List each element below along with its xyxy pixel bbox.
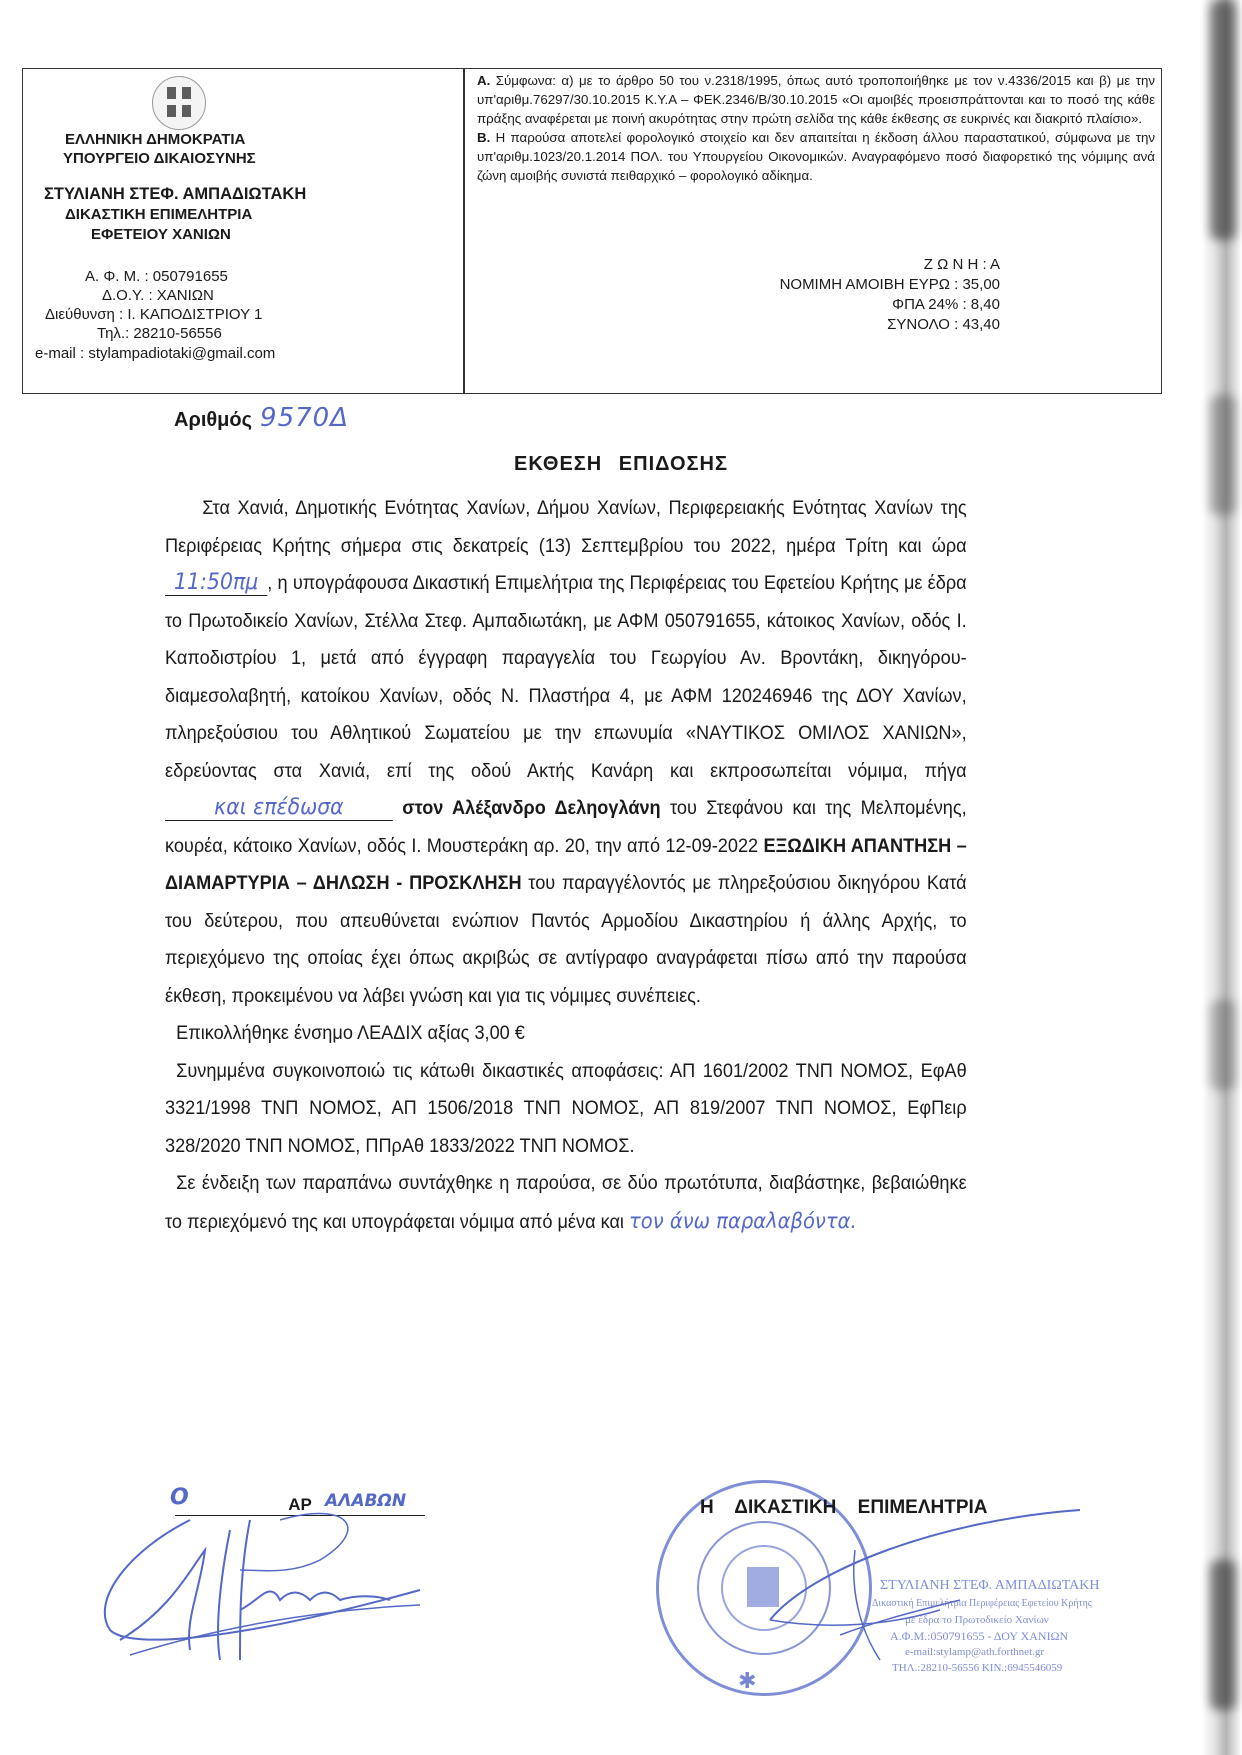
officer-afm: Α. Φ. Μ. : 050791655 [85, 268, 228, 285]
recipient-signature [90, 1490, 430, 1690]
document-number: Αριθμός9570Δ [174, 403, 349, 433]
stamp-line: ΤΗΛ.:28210-56556 ΚΙΝ.:6945546059 [892, 1660, 1062, 1676]
header-divider [463, 68, 465, 394]
fee-vat: ΦΠΑ 24% : 8,40 [700, 295, 1000, 315]
notice-b: Β. Η παρούσα αποτελεί φορολογικό στοιχεί… [477, 128, 1155, 185]
notice-a: Α. Σύμφωνα: α) με το άρθρο 50 του ν.2318… [477, 71, 1155, 128]
officer-signature-label: Η ΔΙΚΑΣΤΙΚΗ ΕΠΙΜΕΛΗΤΡΙΑ [700, 1497, 988, 1519]
officer-doy: Δ.Ο.Υ. : ΧΑΝΙΩΝ [102, 287, 214, 304]
scan-artifact [1210, 1000, 1236, 1090]
greek-coat-of-arms-icon [152, 76, 206, 130]
fee-summary: Ζ Ω Ν Η : Α ΝΟΜΙΜΗ ΑΜΟΙΒΗ ΕΥΡΩ : 35,00 Φ… [700, 255, 1000, 335]
action-field: και επέδωσα [165, 796, 393, 821]
officer-email[interactable]: e-mail : stylampadiotaki@gmail.com [35, 345, 275, 362]
paragraph-stamp-duty: Επικολλήθηκε ένσημο ΛΕΑΔΙΧ αξίας 3,00 € [165, 1015, 967, 1053]
paragraph-main: Στα Χανιά, Δημοτικής Ενότητας Χανίων, Δή… [165, 490, 967, 1015]
country-name: ΕΛΛΗΝΙΚΗ ΔΗΜΟΚΡΑΤΙΑ [65, 131, 245, 148]
fee-total: ΣΥΝΟΛΟ : 43,40 [700, 315, 1000, 335]
stamp-line: e-mail:stylamp@ath.forthnet.gr [905, 1644, 1044, 1660]
stamp-line: Α.Φ.Μ.:050791655 - ΔΟΥ ΧΑΝΙΩΝ [890, 1628, 1068, 1644]
star-icon: ✱ [738, 1668, 756, 1694]
recipient-signature-block: Ο ΑΡ ΑΛΑΒΩΝ [175, 1495, 425, 1516]
legal-notice: Α. Σύμφωνα: α) με το άρθρο 50 του ν.2318… [477, 71, 1155, 185]
scan-edge-shadow [1202, 0, 1242, 1755]
officer-address: Διεύθυνση : Ι. ΚΑΠΟΔΙΣΤΡΙΟΥ 1 [45, 306, 262, 323]
document-number-handwritten: 9570Δ [260, 403, 349, 433]
stamp-line: ΣΤΥΛΙΑΝΗ ΣΤΕΦ. ΑΜΠΑΔΙΩΤΑΚΗ [880, 1578, 1099, 1594]
officer-role: ΔΙΚΑΣΤΙΚΗ ΕΠΙΜΕΛΗΤΡΙΑ [65, 206, 252, 223]
ministry-name: ΥΠΟΥΡΓΕΙΟ ΔΙΚΑΙΟΣΥΝΗΣ [63, 150, 256, 167]
officer-court: ΕΦΕΤΕΙΟΥ ΧΑΝΙΩΝ [91, 226, 231, 243]
scan-artifact [1210, 0, 1236, 240]
fee-zone: Ζ Ω Ν Η : Α [700, 255, 1000, 275]
page-title: ΕΚΘΕΣΗ ΕΠΙΔΟΣΗΣ [0, 453, 1242, 476]
time-field: 11:50πμ [165, 571, 267, 596]
recipient-label: Ο ΑΡ ΑΛΑΒΩΝ [175, 1495, 425, 1516]
stamp-line: με έδρα το Πρωτοδικείο Χανίων [905, 1612, 1049, 1628]
report-body: Στα Χανιά, Δημοτικής Ενότητας Χανίων, Δή… [165, 490, 967, 1241]
paragraph-closing: Σε ένδειξη των παραπάνω συντάχθηκε η παρ… [165, 1165, 967, 1241]
paragraph-attachments: Συνημμένα συγκοινοποιώ τις κάτωθι δικαστ… [165, 1053, 967, 1166]
greek-coat-of-arms-icon [747, 1567, 779, 1607]
fee-legal: ΝΟΜΙΜΗ ΑΜΟΙΒΗ ΕΥΡΩ : 35,00 [700, 275, 1000, 295]
officer-name: ΣΤΥΛΙΑΝΗ ΣΤΕΦ. ΑΜΠΑΔΙΩΤΑΚΗ [44, 185, 306, 204]
stamp-line: Δικαστική Επιμελήτρια Περιφέρειας Εφετεί… [872, 1596, 1092, 1612]
scan-artifact [1210, 1560, 1236, 1710]
officer-phone: Τηλ.: 28210-56556 [97, 325, 222, 342]
document-number-label: Αριθμός [174, 409, 252, 431]
